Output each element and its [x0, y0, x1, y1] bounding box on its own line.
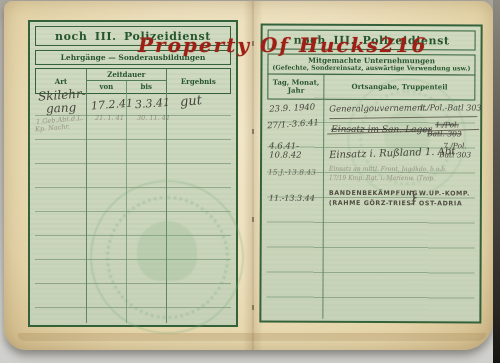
- entry4-date: 15.J.-13.8.43: [268, 168, 316, 177]
- zeitdauer-label: Zeitdauer: [87, 69, 166, 81]
- subtitle-line2: (Gefechte, Sondereinsatz, auswärtige Ver…: [268, 65, 474, 74]
- collector-watermark: Property Of Hucks216: [138, 33, 427, 57]
- eagle-ink-stamp: [90, 180, 244, 334]
- handwriting-course-type-2: gang: [46, 100, 77, 116]
- page-edge-shadow: [18, 333, 486, 341]
- pencil-date-to: 30. 11. 41: [137, 114, 170, 122]
- entry3-unit1: 7./Pol.: [443, 141, 467, 150]
- entry2-unit1-struck: 1./Pol.: [435, 120, 459, 129]
- right-page-table: noch III. Polizeidienst Mitgemachte Unte…: [259, 24, 482, 324]
- grid-line: [323, 98, 325, 319]
- column-header-zeitdauer: Zeitdauer von bis: [87, 69, 167, 93]
- handwriting-result: gut: [179, 93, 202, 110]
- photo-background: noch III. Polizeidienst Lehrgänge — Sond…: [0, 0, 500, 363]
- entry3-date2: 10.8.42: [269, 151, 301, 161]
- entry5-unit2: OST-ADRIA: [419, 200, 462, 207]
- spine-stitching: [252, 41, 254, 311]
- left-table-grid: Skilehr- gang 1.Geb.Abt.d.L. Kp. Nachr. …: [35, 92, 231, 323]
- entry5-date: 11.-13.3.44: [269, 194, 315, 203]
- column-header-date: Tag, Monat, Jahr: [268, 75, 324, 99]
- entry5-area: (RAHME GÖRZ-TRIEST: [329, 200, 417, 207]
- pencil-note-2: Kp. Nachr.: [35, 122, 71, 133]
- brace-glyph: }: [409, 188, 419, 206]
- entry2-date: 27/1.-3.6.41: [267, 118, 319, 131]
- entry3-unit2: Batl 303: [439, 150, 471, 159]
- grid-line: [86, 92, 87, 323]
- photo-edge: [493, 0, 500, 363]
- entry1-date: 23.9. 1940: [269, 103, 315, 115]
- right-table-grid: 23.9. 1940 Generalgouvernement 1./Pol.-B…: [266, 98, 475, 320]
- pencil-date-from: 21. 1. 41: [95, 114, 124, 122]
- column-header-ergebnis: Ergebnis: [167, 69, 230, 93]
- entry1-unit: 1./Pol.-Batl 303: [419, 103, 481, 112]
- entry4-pencil1: Einsatz an mittl. Front, Jagdkdo. b.o.b.: [329, 166, 447, 174]
- handwriting-date-to: 3.3.41: [135, 96, 171, 111]
- entry1-place: Generalgouvernement: [329, 103, 426, 114]
- entry4-pencil2: 17/19 Kmp. Rgt. i. Marienw. (Trop.: [329, 175, 435, 182]
- date-label-2: Jahr: [288, 87, 305, 95]
- entry5-operation: BANDENBEKÄMPFUNG: [329, 190, 418, 197]
- left-page-table: noch III. Polizeidienst Lehrgänge — Sond…: [28, 20, 238, 327]
- entry5-unit1: W.UP.-KOMP.: [419, 190, 470, 197]
